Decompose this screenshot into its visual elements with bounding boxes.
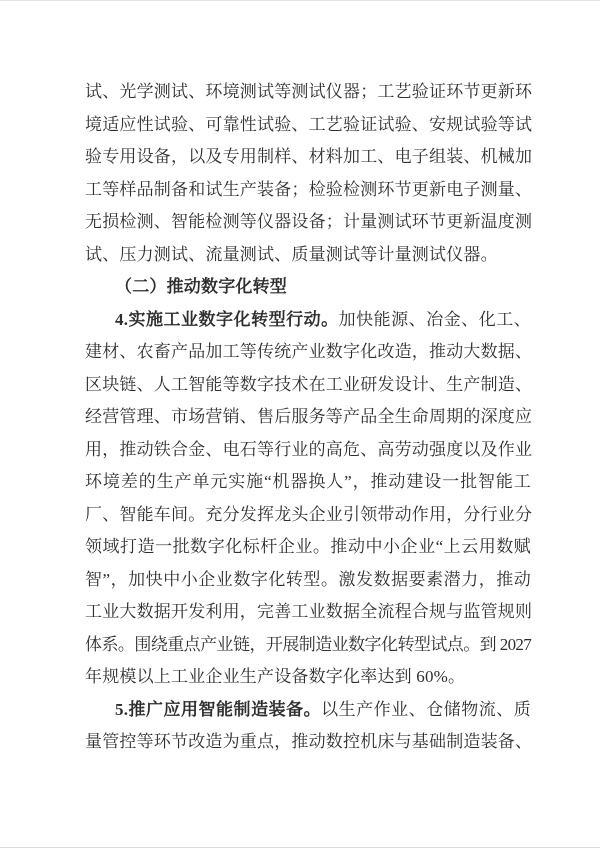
text-line: 体系。围绕重点产业链，开展制造业数字化转型试点。到 2027 — [85, 629, 531, 662]
text-segment: 领域打造一批数字化标杆企业。推动中小企业“上云用数赋 — [85, 537, 531, 556]
text-line: 5.推广应用智能制造装备。以生产作业、仓储物流、质 — [85, 694, 531, 727]
text-line: 智”，加快中小企业数字化转型。激发数据要素潜力，推动 — [85, 564, 531, 597]
text-line: 工等样品制备和试生产装备；检验检测环节更新电子测量、 — [85, 174, 531, 207]
text-line: 验专用设备，以及专用制样、材料加工、电子组装、机械加 — [85, 141, 531, 174]
text-line: 用，推动铁合金、电石等行业的高危、高劳动强度以及作业 — [85, 434, 531, 467]
text-segment: 验专用设备，以及专用制样、材料加工、电子组装、机械加 — [85, 147, 532, 166]
text-line: 厂、智能车间。充分发挥龙头企业引领带动作用，分行业分 — [85, 499, 531, 532]
text-line: 4.实施工业数字化转型行动。加快能源、冶金、化工、 — [85, 304, 531, 337]
text-segment: 无损检测、智能检测等仪器设备；计量测试环节更新温度测 — [85, 212, 532, 231]
text-segment: 体系。围绕重点产业链，开展制造业数字化转型试点。到 2027 — [85, 635, 531, 654]
text-line: （二）推动数字化转型 — [85, 271, 531, 304]
text-segment: 工业大数据开发利用，完善工业数据全流程合规与监管规则 — [85, 602, 532, 621]
bold-text-segment: 5.推广应用智能制造装备。 — [115, 700, 321, 719]
text-segment: 以生产作业、仓储物流、质 — [321, 700, 531, 719]
text-line: 境适应性试验、可靠性试验、工艺验证试验、安规试验等试 — [85, 109, 531, 142]
text-line: 领域打造一批数字化标杆企业。推动中小企业“上云用数赋 — [85, 531, 531, 564]
text-segment: 试、压力测试、流量测试、质量测试等计量测试仪器。 — [85, 245, 498, 264]
text-segment: 环境差的生产单元实施“机器换人”，推动建设一批智能工 — [85, 472, 531, 491]
text-line: 工业大数据开发利用，完善工业数据全流程合规与监管规则 — [85, 596, 531, 629]
text-segment: 智”，加快中小企业数字化转型。激发数据要素潜力，推动 — [85, 570, 531, 589]
text-line: 区块链、人工智能等数字技术在工业研发设计、生产制造、 — [85, 369, 531, 402]
text-line: 量管控等环节改造为重点，推动数控机床与基础制造装备、 — [85, 726, 531, 759]
text-segment: 建材、农畜产品加工等传统产业数字化改造，推动大数据、 — [85, 342, 532, 361]
text-segment: 试、光学测试、环境测试等测试仪器；工艺验证环节更新环 — [85, 82, 532, 101]
text-segment: 厂、智能车间。充分发挥龙头企业引领带动作用，分行业分 — [85, 505, 532, 524]
text-line: 建材、农畜产品加工等传统产业数字化改造，推动大数据、 — [85, 336, 531, 369]
text-line: 无损检测、智能检测等仪器设备；计量测试环节更新温度测 — [85, 206, 531, 239]
text-line: 年规模以上工业企业生产设备数字化率达到 60%。 — [85, 661, 531, 694]
text-segment: 经营管理、市场营销、售后服务等产品全生命周期的深度应 — [85, 407, 532, 426]
text-segment: 加快能源、冶金、化工、 — [339, 310, 531, 329]
document-page: 试、光学测试、环境测试等测试仪器；工艺验证环节更新环境适应性试验、可靠性试验、工… — [0, 0, 600, 848]
text-segment: 年规模以上工业企业生产设备数字化率达到 60%。 — [85, 667, 465, 686]
text-segment: 量管控等环节改造为重点，推动数控机床与基础制造装备、 — [85, 732, 532, 751]
text-block: 试、光学测试、环境测试等测试仪器；工艺验证环节更新环境适应性试验、可靠性试验、工… — [85, 76, 531, 759]
text-line: 试、光学测试、环境测试等测试仪器；工艺验证环节更新环 — [85, 76, 531, 109]
bold-text-segment: 4.实施工业数字化转型行动。 — [115, 310, 339, 329]
text-segment: 境适应性试验、可靠性试验、工艺验证试验、安规试验等试 — [85, 115, 532, 134]
text-segment: 用，推动铁合金、电石等行业的高危、高劳动强度以及作业 — [85, 440, 532, 459]
text-line: 试、压力测试、流量测试、质量测试等计量测试仪器。 — [85, 239, 531, 272]
text-line: 环境差的生产单元实施“机器换人”，推动建设一批智能工 — [85, 466, 531, 499]
text-segment: 工等样品制备和试生产装备；检验检测环节更新电子测量、 — [85, 180, 532, 199]
text-line: 经营管理、市场营销、售后服务等产品全生命周期的深度应 — [85, 401, 531, 434]
bold-text-segment: （二）推动数字化转型 — [115, 277, 287, 296]
text-segment: 区块链、人工智能等数字技术在工业研发设计、生产制造、 — [85, 375, 532, 394]
